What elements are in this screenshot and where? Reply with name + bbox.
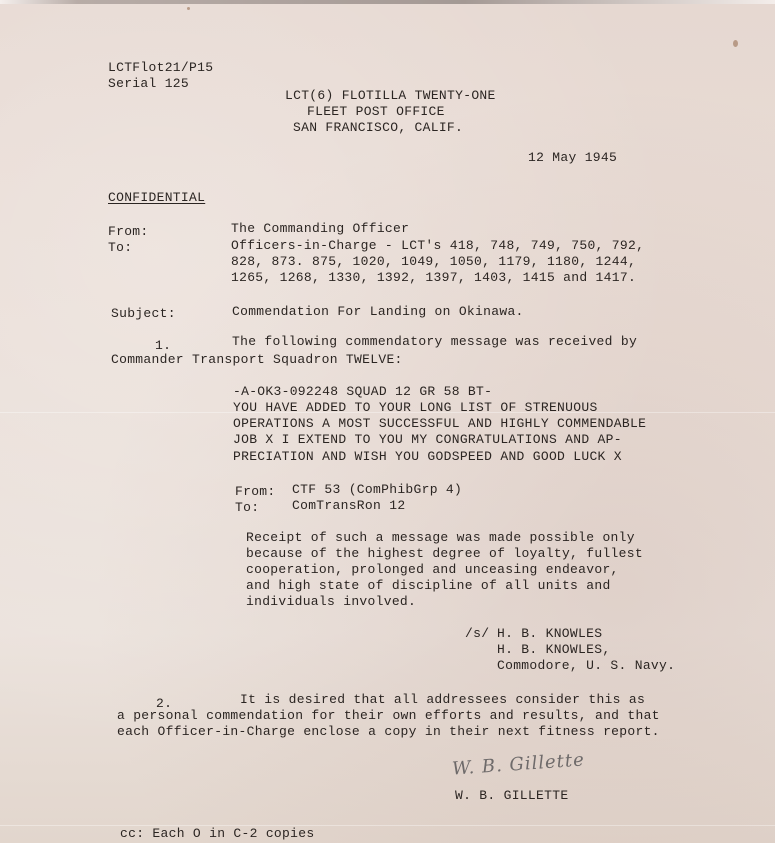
receipt-line: and high state of discipline of all unit…: [246, 578, 611, 594]
receipt-line: Receipt of such a message was made possi…: [246, 530, 635, 546]
from-value: The Commanding Officer: [231, 221, 409, 237]
cc-line: cc: Each O in C-2 copies: [120, 826, 314, 842]
message-line: YOU HAVE ADDED TO YOUR LONG LIST OF STRE…: [233, 400, 598, 416]
stain-spot: [733, 40, 738, 47]
scanned-letter: LCTFlot21/P15 Serial 125 LCT(6) FLOTILLA…: [0, 0, 775, 843]
to-line: 828, 873. 875, 1020, 1049, 1050, 1179, 1…: [231, 254, 636, 270]
message-line: JOB X I EXTEND TO YOU MY CONGRATULATIONS…: [233, 432, 622, 448]
receipt-line: cooperation, prolonged and unceasing end…: [246, 562, 619, 578]
to-label: To:: [108, 240, 132, 256]
receipt-line: because of the highest degree of loyalty…: [246, 546, 643, 562]
message-from-value: CTF 53 (ComPhibGrp 4): [292, 482, 462, 498]
message-line: PRECIATION AND WISH YOU GODSPEED AND GOO…: [233, 449, 622, 465]
to-line: 1265, 1268, 1330, 1392, 1397, 1403, 1415…: [231, 270, 636, 286]
subject-value: Commendation For Landing on Okinawa.: [232, 304, 524, 320]
classification-label: CONFIDENTIAL: [108, 190, 205, 206]
serial-number: Serial 125: [108, 76, 189, 92]
signature-line: H. B. KNOWLES,: [497, 642, 610, 658]
message-line: OPERATIONS A MOST SUCCESSFUL AND HIGHLY …: [233, 416, 646, 432]
message-to-label: To:: [235, 500, 259, 516]
handwritten-signature: W. B. Gillette: [451, 749, 585, 779]
from-label: From:: [108, 224, 149, 240]
message-from-label: From:: [235, 484, 276, 500]
receipt-line: individuals involved.: [246, 594, 416, 610]
letter-date: 12 May 1945: [528, 150, 617, 166]
paper-crease: [0, 825, 775, 826]
subject-label: Subject:: [111, 306, 176, 322]
file-reference: LCTFlot21/P15: [108, 60, 213, 76]
paragraph-line: The following commendatory message was r…: [232, 334, 637, 350]
paragraph-line: each Officer-in-Charge enclose a copy in…: [117, 724, 660, 740]
letterhead-line: SAN FRANCISCO, CALIF.: [293, 120, 463, 136]
paragraph-line: Commander Transport Squadron TWELVE:: [111, 352, 403, 368]
signature-line: Commodore, U. S. Navy.: [497, 658, 675, 674]
signature-prefix: /s/: [465, 626, 489, 642]
message-line: -A-OK3-092248 SQUAD 12 GR 58 BT-: [233, 384, 492, 400]
stain-spot: [187, 7, 190, 10]
letterhead-line: LCT(6) FLOTILLA TWENTY-ONE: [285, 88, 496, 104]
letterhead-line: FLEET POST OFFICE: [307, 104, 445, 120]
signature-line: H. B. KNOWLES: [497, 626, 602, 642]
to-line: Officers-in-Charge - LCT's 418, 748, 749…: [231, 238, 644, 254]
paragraph-line: a personal commendation for their own ef…: [117, 708, 660, 724]
paragraph-line: It is desired that all addressees consid…: [240, 692, 645, 708]
signer-name: W. B. GILLETTE: [455, 788, 568, 804]
message-to-value: ComTransRon 12: [292, 498, 405, 514]
